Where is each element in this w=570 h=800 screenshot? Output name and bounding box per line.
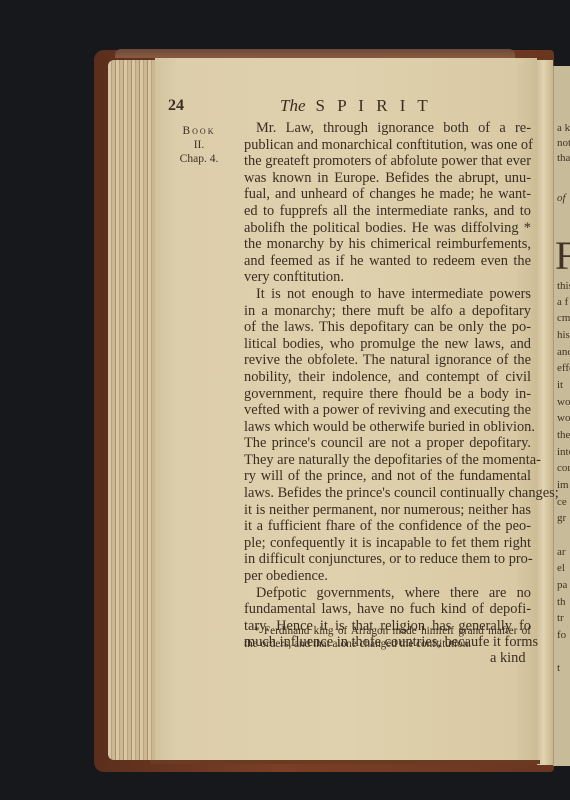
text-line: it is neither permanent, nor numerous; n… [244,502,531,519]
text-line: It is not enough to have intermediate po… [244,286,531,303]
facing-text: and [557,346,570,358]
facing-drop-cap: F [555,236,570,276]
text-line: very conftitution. [244,269,531,286]
text-line: the greateft promoters of abfolute power… [244,153,531,170]
text-line: ed to fupprefs all the intermediate rank… [244,203,531,220]
facing-text: gr [557,512,566,524]
text-line: ple; confequently it is incapable to fet… [244,535,531,552]
text-line: in a monarchy; there muft be alfo a depo… [244,303,531,320]
text-line: fundamental laws, have no fuch kind of d… [244,601,531,618]
facing-text: ar [557,546,566,558]
page-stack-edges [108,60,158,760]
footnote-line: the orders, and that alone changed the c… [244,638,531,651]
facing-text: of [557,192,566,204]
margin-note-book: Book [164,124,234,138]
footnote: * Ferdinand king of Arragon made himfelf… [244,625,531,651]
text-line: the monarchy by his chimerical reimburfe… [244,236,531,253]
facing-text: not [557,137,570,149]
cover-bottom-edge [150,760,540,764]
margin-note-chapter: Chap. 4. [164,152,234,166]
running-head: TheS P I R I T [280,96,432,116]
text-line: litical bodies, who promulge the new law… [244,336,531,353]
text-line: government, require there fhould be a bo… [244,386,531,403]
facing-text: it [557,379,563,391]
facing-text: im [557,479,569,491]
text-line: They are naturally the depofitaries of t… [244,452,531,469]
running-head-title: S P I R I T [316,96,432,115]
page-number: 24 [168,97,184,115]
running-head-article: The [280,96,306,115]
facing-text: cor [557,462,570,474]
text-line: of the laws. This depofitary can be only… [244,319,531,336]
gutter [537,60,553,765]
text-line: ry will of the prince, and not of the fu… [244,468,531,485]
text-line: laws which would be otherwife buried in … [244,419,531,436]
text-line: and feemed as if he wanted to redeem eve… [244,253,531,270]
text-line: in difficult conjunctures, or to reduce … [244,551,531,568]
facing-text: pa [557,579,567,591]
text-line: fual, and unheard of changes he made; he… [244,186,531,203]
text-line: nobility, their indolence, and contempt … [244,369,531,386]
facing-text: wo [557,412,570,424]
margin-note: Book II. Chap. 4. [164,124,234,166]
margin-note-book-number: II. [164,138,234,152]
text-line: laws. Befides the prince's council conti… [244,485,531,502]
facing-text: th [557,596,566,608]
facing-text: that [557,152,570,164]
text-line: The prince's council are not a proper de… [244,435,531,452]
text-line: revive the obfolete. The natural ignoran… [244,352,531,369]
footnote-line: * Ferdinand king of Arragon made himfelf… [244,625,531,638]
text-line: Mr. Law, through ignorance both of a re- [244,120,531,137]
facing-text: t [557,662,560,674]
text-line: Defpotic governments, where there are no [244,585,531,602]
text-line: abolifh the political bodies. He was dif… [244,220,531,237]
cover-top-edge [115,49,515,58]
facing-text: wo [557,396,570,408]
facing-text: this [557,280,570,292]
text-line: publican and monarchical conftitution, w… [244,137,531,154]
facing-text: cm [557,312,570,324]
facing-text: his [557,329,570,341]
text-line: it a fufficient fhare of the confidence … [244,518,531,535]
text-line: vefted with a power of reviving and exec… [244,402,531,419]
facing-text: fo [557,629,566,641]
facing-text: a f [557,296,568,308]
facing-text: el [557,562,565,574]
facing-text: effe [557,362,570,374]
facing-text: tr [557,612,564,624]
catchword: a kind [490,650,526,667]
facing-page-fragment: a ki not that of F this a f cm his and e… [553,66,570,766]
facing-text: into [557,446,570,458]
body-text: Mr. Law, through ignorance both of a re-… [244,120,531,651]
text-line: per obedience. [244,568,531,585]
text-line: was known in Europe. Befides the abrupt,… [244,170,531,187]
facing-text: the [557,429,570,441]
facing-text: a ki [557,122,570,134]
